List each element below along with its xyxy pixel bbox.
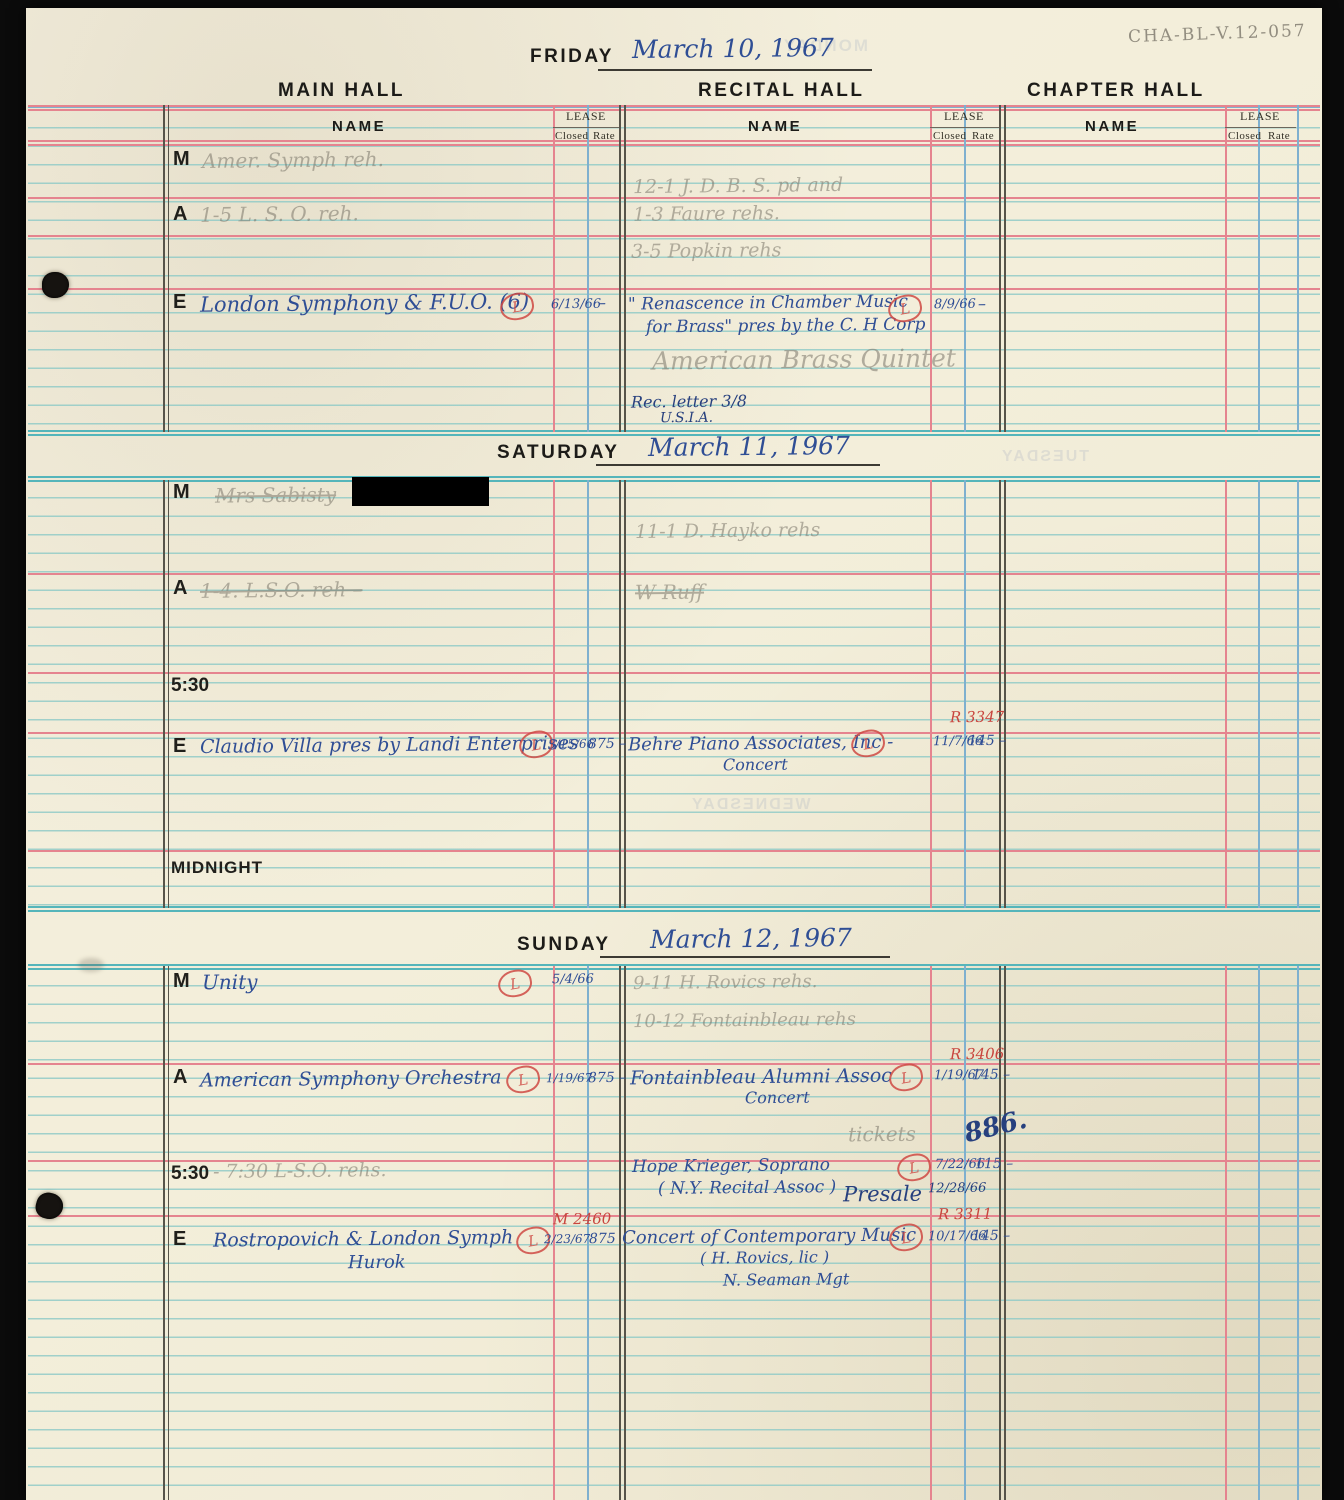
grid-line <box>1297 480 1299 908</box>
row-label-friday-e: E <box>173 291 186 314</box>
grid-line <box>553 105 555 432</box>
lease-divider <box>930 127 999 128</box>
presale-note: Presale <box>843 1182 922 1207</box>
rate-sunday-recital-530: 115 – <box>975 1156 1013 1172</box>
date-saturday: March 11, 1967 <box>648 431 850 462</box>
name-header-chapter: NAME <box>1085 118 1139 135</box>
ref-number-saturday-recital: R 3347 <box>950 708 1004 727</box>
entry-friday-recital-note2: U.S.I.A. <box>660 410 713 427</box>
grid-line <box>964 105 966 432</box>
closed-friday-main-evening: 6/13/66 <box>551 297 601 313</box>
entry-friday-recital-evening-line2: for Brass" pres by the C. H Corp <box>646 315 926 338</box>
lease-divider <box>1225 127 1296 128</box>
rate-sunday-main-afternoon: 875 – <box>588 1070 626 1086</box>
entry-saturday-main-morning: Mrs Sabisty <box>215 482 336 507</box>
grid-line <box>28 235 1320 237</box>
grid-line <box>28 850 1320 852</box>
entry-friday-main-morning: Amer. Symph reh. <box>202 147 384 173</box>
row-label-saturday-midnight: MIDNIGHT <box>171 858 263 878</box>
ref-number-sunday-main-e: M 2460 <box>553 1210 611 1229</box>
rate-sunday-recital-a: 145 – <box>972 1067 1010 1083</box>
row-label-saturday-a: A <box>173 577 187 600</box>
closed-label: Closed <box>555 130 589 142</box>
grid-line <box>163 480 165 908</box>
ref-number-sunday-recital-e: R 3311 <box>938 1205 992 1224</box>
grid-line <box>587 105 589 432</box>
entry-friday-recital-m3: 3-5 Popkin rehs <box>631 239 782 263</box>
grid-line <box>28 480 1320 482</box>
grid-line <box>1258 966 1260 1500</box>
name-header-recital: NAME <box>748 118 802 135</box>
row-label-saturday-e: E <box>173 735 186 758</box>
grid-line <box>1225 480 1227 908</box>
entry-saturday-recital-afternoon: W Ruff <box>635 580 704 605</box>
day-title-saturday: SATURDAY <box>497 442 619 464</box>
grid-line <box>28 476 1320 478</box>
grid-line <box>624 480 626 908</box>
row-label-sunday-a: A <box>173 1066 187 1089</box>
grid-line <box>168 105 170 432</box>
day-title-friday: FRIDAY <box>530 46 614 68</box>
grid-line <box>168 480 170 908</box>
closed-friday-recital-evening: 8/9/66 <box>934 297 976 312</box>
grid-line <box>553 480 555 908</box>
entry-saturday-main-afternoon: 1-4. L.S.O. reh – <box>200 577 363 603</box>
entry-friday-main-afternoon: 1-5 L. S. O. reh. <box>200 201 359 227</box>
grid-line <box>28 672 1320 674</box>
name-header-main: NAME <box>332 118 386 135</box>
row-label-sunday-e: E <box>173 1228 186 1251</box>
closed2-sunday-recital-530: 12/28/66 <box>928 1181 987 1197</box>
hall-title-recital: RECITAL HALL <box>698 80 865 102</box>
grid-line <box>28 1063 1320 1065</box>
grid-line <box>930 480 932 908</box>
entry-friday-recital-evening-line1: " Renascence in Chamber Music <box>628 292 908 315</box>
tickets-note: tickets <box>848 1122 916 1147</box>
hall-title-main: MAIN HALL <box>278 80 405 102</box>
grid-line <box>28 906 1320 908</box>
entry-saturday-recital-morning: 11-1 D. Hayko rehs <box>635 519 821 543</box>
day-title-sunday: SUNDAY <box>517 934 611 956</box>
date-underline-saturday <box>596 464 880 466</box>
entry-sunday-recital-530-line2: ( N.Y. Recital Assoc ) <box>658 1177 836 1199</box>
row-label-friday-a: A <box>173 203 187 226</box>
hall-title-chapter: CHAPTER HALL <box>1027 80 1205 102</box>
grid-line <box>1225 105 1227 432</box>
grid-line <box>1297 966 1299 1500</box>
grid-line <box>163 966 165 1500</box>
grid-line <box>28 964 1320 966</box>
grid-line <box>1004 105 1006 432</box>
lease-label: LEASE <box>944 109 984 124</box>
rate-label: Rate <box>1268 130 1290 142</box>
grid-line <box>619 480 621 908</box>
rate-label: Rate <box>593 130 615 142</box>
ref-number-sunday-recital-a: R 3406 <box>950 1045 1004 1064</box>
entry-sunday-main-afternoon: American Symphony Orchestra <box>200 1066 502 1091</box>
grid-line <box>964 480 966 908</box>
closed-label: Closed <box>933 130 967 142</box>
grid-line <box>163 105 165 432</box>
row-label-friday-m: M <box>173 148 190 171</box>
grid-line <box>619 966 621 1500</box>
entry-sunday-recital-m2: 10-12 Fontainbleau rehs <box>633 1009 856 1032</box>
saturday-grid <box>28 480 1320 906</box>
entry-friday-recital-artist: American Brass Quintet <box>652 343 956 375</box>
entry-friday-recital-m2: 1-3 Faure rehs. <box>633 202 780 226</box>
date-sunday: March 12, 1967 <box>650 923 852 954</box>
grid-line <box>28 144 1320 146</box>
redaction-box <box>352 477 489 506</box>
grid-line <box>28 910 1320 912</box>
entry-sunday-recital-m1: 9-11 H. Rovics rehs. <box>633 971 818 994</box>
grid-line <box>1258 105 1260 432</box>
entry-sunday-main-e-line1: Rostropovich & London Symph <box>213 1226 513 1251</box>
grid-line <box>619 105 621 432</box>
entry-saturday-recital-evening-line2: Concert <box>723 755 788 775</box>
grid-line <box>28 288 1320 290</box>
entry-sunday-recital-e-line1: Concert of Contemporary Music <box>622 1224 916 1248</box>
grid-line <box>28 1215 1320 1217</box>
grid-line <box>999 105 1001 432</box>
ledger-page-scan: MONDAY TUESDAY WEDNESDAY CHA-BL-V.12-057… <box>0 0 1344 1500</box>
rate-sunday-recital-e: 145 – <box>972 1228 1010 1244</box>
grid-line <box>1004 480 1006 908</box>
grid-line <box>930 105 932 432</box>
smudge-mark <box>78 958 104 972</box>
lease-divider <box>553 127 619 128</box>
entry-friday-recital-m1: 12-1 J. D. B. S. pd and <box>633 174 843 198</box>
grid-line <box>168 966 170 1500</box>
row-label-sunday-m: M <box>173 970 190 993</box>
entry-sunday-main-morning: Unity <box>202 970 258 995</box>
grid-line <box>28 109 1320 111</box>
entry-friday-recital-note1: Rec. letter 3/8 <box>631 391 747 411</box>
row-label-saturday-530: 5:30 <box>171 675 209 697</box>
grid-line <box>28 140 1320 142</box>
grid-line <box>28 107 1320 108</box>
grid-line <box>28 573 1320 575</box>
rate-saturday-main-evening: 875 – <box>588 736 626 752</box>
rate-saturday-recital-evening: 145 – <box>968 733 1006 749</box>
closed-sunday-main-afternoon: 1/19/67 <box>546 1071 592 1085</box>
entry-sunday-recital-a-line2: Concert <box>745 1088 810 1108</box>
entry-sunday-recital-530-line1: Hope Krieger, Soprano <box>632 1155 830 1177</box>
closed-sunday-main-morning: 5/4/66 <box>552 972 594 987</box>
rate-friday-main-evening: – <box>598 293 606 312</box>
lease-label: LEASE <box>1240 109 1280 124</box>
grid-line <box>1225 966 1227 1500</box>
closed-label: Closed <box>1228 130 1262 142</box>
grid-line <box>624 105 626 432</box>
rate-label: Rate <box>972 130 994 142</box>
grid-line <box>1258 480 1260 908</box>
entry-sunday-main-530: - 7:30 L-S.O. rehs. <box>213 1159 387 1183</box>
lease-label: LEASE <box>566 109 606 124</box>
date-underline-friday <box>598 69 872 71</box>
bleedthrough-tuesday: TUESDAY <box>1000 448 1089 466</box>
grid-line <box>1297 105 1299 432</box>
rate-sunday-main-e: 875 <box>589 1231 616 1247</box>
bleedthrough-wednesday: WEDNESDAY <box>690 796 811 814</box>
row-label-saturday-m: M <box>173 481 190 504</box>
grid-line <box>587 480 589 908</box>
entry-friday-main-evening: London Symphony & F.U.O. (6) <box>200 289 529 316</box>
entry-sunday-recital-a-line1: Fontainbleau Alumni Assoc <box>630 1065 892 1090</box>
rate-friday-recital-evening: – <box>978 294 986 313</box>
entry-sunday-recital-e-line2: ( H. Rovics, lic ) <box>700 1247 829 1267</box>
grid-line <box>999 480 1001 908</box>
entry-sunday-main-e-line2: Hurok <box>348 1252 406 1274</box>
closed-sunday-main-e: 2/23/67 <box>544 1232 590 1246</box>
entry-sunday-recital-e-line3: N. Seaman Mgt <box>723 1269 849 1289</box>
date-friday: March 10, 1967 <box>632 33 834 64</box>
grid-line <box>28 430 1320 432</box>
date-underline-sunday <box>600 956 890 958</box>
row-label-sunday-530: 5:30 <box>171 1163 209 1185</box>
